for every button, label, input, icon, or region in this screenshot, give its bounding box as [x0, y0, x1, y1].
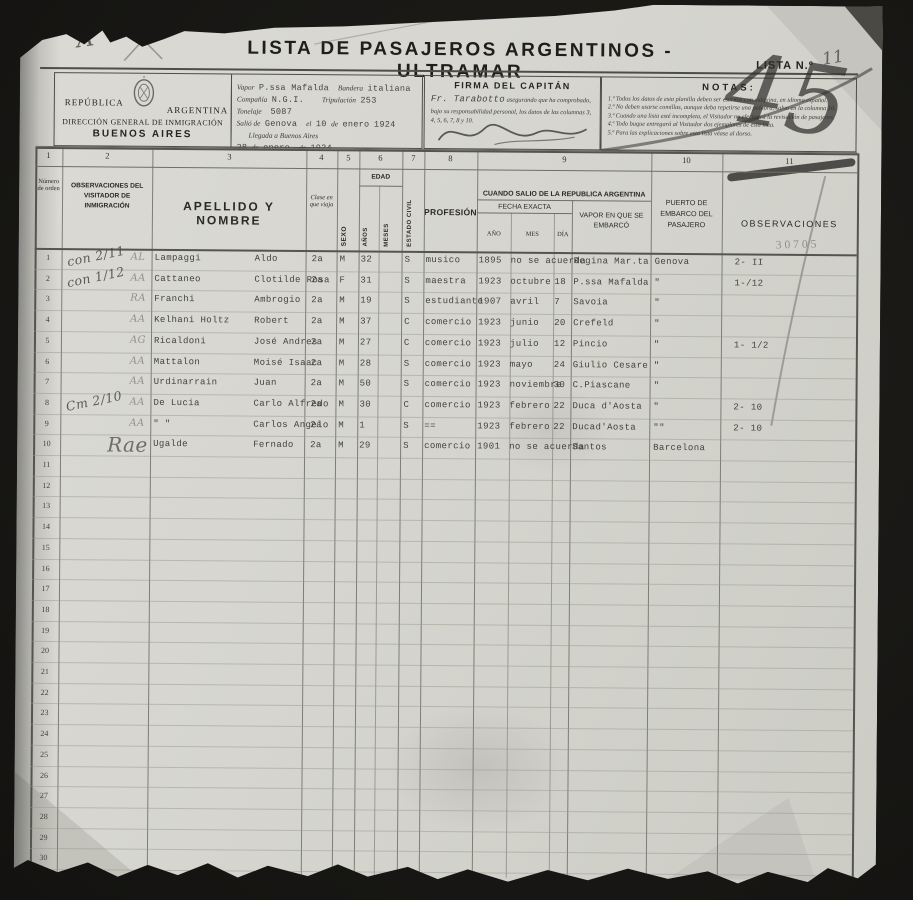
pencil-initials: AA [130, 314, 145, 325]
cell-civil-status: S [403, 441, 409, 451]
cell-sex: M [340, 254, 346, 264]
cell-depart-year: 1895 [479, 255, 502, 265]
cell-class: 2a [310, 420, 322, 430]
cell-class: 2a [311, 378, 323, 388]
row-line [31, 703, 853, 710]
cell-embark-port: "" [653, 422, 665, 432]
cell-given-name: Aldo [255, 254, 278, 264]
cell-depart-vessel: Duca d'Aosta [572, 401, 642, 412]
row-number: 29 [30, 833, 57, 842]
cell-depart-month: mayo [510, 359, 533, 369]
anos-header: AÑOS [363, 197, 369, 247]
cell-depart-day: 22 [553, 401, 565, 411]
cell-surname: Ricaldoni [154, 336, 206, 346]
cell-age-years: 31 [360, 275, 372, 285]
cell-sex: M [339, 316, 345, 326]
dia-header: DÍA [554, 231, 572, 238]
cell-depart-vessel: Crefeld [573, 318, 614, 328]
vapor-header: VAPOR EN QUE SE EMBARCÓ [572, 211, 651, 232]
mes-header: MES [511, 231, 554, 238]
cell-age-years: 50 [360, 379, 372, 389]
row-line [31, 683, 853, 690]
cell-depart-year: 1923 [478, 338, 501, 348]
cell-class: 2a [311, 316, 323, 326]
cell-surname: Ugalde [153, 439, 188, 449]
cell-class: 2a [312, 254, 324, 264]
row-number: 17 [32, 584, 59, 593]
row-number: 30 [30, 853, 57, 862]
column-number: 10 [674, 155, 698, 165]
row-number: 18 [32, 605, 59, 614]
row-number: 27 [30, 791, 57, 800]
cell-depart-year: 1923 [478, 359, 501, 369]
cell-depart-day: 24 [554, 360, 566, 370]
cell-age-years: 27 [360, 337, 372, 347]
edad-header: EDAD [359, 172, 402, 182]
pencil-initials: AL [131, 252, 146, 263]
cell-class: 2a [310, 399, 322, 409]
cell-given-name: Juan [254, 378, 277, 388]
row-number: 7 [34, 377, 61, 386]
table-column-line [506, 213, 512, 878]
cell-age-years: 28 [360, 358, 372, 368]
row-number: 11 [33, 460, 60, 469]
cell-embark-port: " [654, 277, 660, 287]
pencil-initials: AA [130, 355, 145, 366]
row-number: 2 [34, 274, 61, 283]
pencil-initials: AA [130, 272, 145, 283]
col1-header: Número de orden [35, 178, 62, 192]
cell-given-name: Moisé Isaac [254, 357, 318, 368]
cell-observation: 1-/12 [734, 278, 763, 288]
row-number: 24 [31, 729, 58, 738]
cell-depart-year: 1907 [478, 297, 501, 307]
cell-surname: Mattalon [154, 356, 200, 366]
cell-age-years: 32 [361, 254, 373, 264]
serial-stamp: 30705 [776, 238, 820, 251]
row-number: 8 [33, 398, 60, 407]
cell-depart-month: octubre [510, 276, 551, 286]
cell-depart-day: 7 [554, 297, 560, 307]
cell-given-name: Ambrogio [254, 295, 300, 305]
row-line [30, 869, 852, 876]
cell-observation: 2- 10 [733, 402, 762, 412]
column-number: 6 [368, 153, 392, 163]
cell-surname: Urdinarrain [154, 377, 218, 388]
pencil-initials: AA [130, 376, 145, 387]
cell-sex: F [339, 275, 345, 285]
cell-embark-port: Barcelona [653, 443, 705, 453]
cell-given-name: Robert [254, 316, 289, 326]
cell-depart-day: 18 [554, 277, 566, 287]
cell-depart-month: febrero [509, 401, 550, 411]
cell-depart-year: 1923 [478, 380, 501, 390]
cell-depart-day: 22 [553, 422, 565, 432]
cell-depart-vessel: P.ssa Mafalda [573, 277, 648, 288]
column-number: 5 [336, 152, 360, 162]
col2-header: OBSERVACIONES DEL VISITADOR DE INMIGRACI… [64, 181, 150, 211]
row-line [31, 662, 853, 669]
cell-age-years: 1 [359, 420, 365, 430]
cell-depart-year: 1923 [477, 400, 500, 410]
cell-sex: M [339, 379, 345, 389]
row-number: 12 [33, 481, 60, 490]
cell-observation: 1- 1/2 [734, 340, 769, 350]
cell-depart-vessel: Pincio [573, 339, 608, 349]
cell-depart-month: junio [510, 318, 539, 328]
row-line [32, 621, 854, 628]
row-number: 5 [34, 336, 61, 345]
cell-embark-port: " [653, 402, 659, 412]
row-number: 9 [33, 419, 60, 428]
cell-depart-vessel: Ducad'Aosta [572, 422, 636, 433]
passenger-table: Número de orden OBSERVACIONES DEL VISITA… [8, 0, 891, 900]
row-number: 22 [31, 688, 58, 697]
cell-embark-port: " [654, 340, 660, 350]
row-number: 21 [31, 667, 58, 676]
table-rule [35, 166, 857, 173]
table-rule [477, 212, 572, 214]
row-line [30, 848, 852, 855]
cell-profession: musico [426, 255, 461, 265]
pencil-initials: AA [129, 397, 144, 408]
row-line [33, 496, 855, 503]
cell-embark-port: " [654, 298, 660, 308]
row-number: 19 [32, 626, 59, 635]
column-number: 11 [777, 156, 801, 166]
cell-sex: M [339, 296, 345, 306]
cell-civil-status: C [404, 317, 410, 327]
cell-civil-status: S [404, 379, 410, 389]
row-number: 15 [32, 543, 59, 552]
row-line [33, 455, 855, 462]
row-line [31, 745, 853, 752]
cell-sex: M [338, 441, 344, 451]
cell-age-years: 29 [359, 441, 371, 451]
row-line [30, 807, 852, 814]
cell-embark-port: " [654, 319, 660, 329]
row-number: 10 [33, 439, 60, 448]
cell-civil-status: S [403, 420, 409, 430]
table-rule [477, 199, 651, 201]
cell-civil-status: C [403, 400, 409, 410]
row-number: 20 [31, 646, 58, 655]
row-line [31, 765, 853, 772]
cell-class: 2a [311, 358, 323, 368]
row-line [32, 558, 854, 565]
col8-header: PROFESIÓN [424, 206, 477, 219]
row-line [32, 600, 854, 607]
table-column-line [374, 186, 380, 877]
cell-depart-day: 30 [554, 380, 566, 390]
cell-embark-port: " [654, 381, 660, 391]
row-number: 4 [34, 315, 61, 324]
cell-given-name: José Andres [254, 336, 318, 347]
cell-depart-day: 20 [554, 318, 566, 328]
cell-profession: comercio [425, 358, 471, 368]
cell-depart-year: 1923 [478, 318, 501, 328]
cell-given-name: Fernado [253, 440, 294, 450]
col10-header: PUERTO DE EMBARCO DEL PASAJERO [651, 198, 722, 231]
cell-civil-status: S [404, 276, 410, 286]
cell-class: 2a [310, 440, 322, 450]
cell-class: 2a [311, 275, 323, 285]
cell-depart-vessel: Santos [572, 442, 607, 452]
row-number: 14 [32, 522, 59, 531]
row-number: 28 [30, 812, 57, 821]
cell-surname: Lampaggi [155, 253, 201, 263]
row-number: 23 [31, 708, 58, 717]
photo-background: LISTA DE PASAJEROS ARGENTINOS - ULTRAMAR… [0, 0, 913, 900]
cell-depart-vessel: Regina Mar.ta [574, 256, 649, 267]
row-number: 1 [35, 253, 62, 262]
cell-civil-status: S [404, 358, 410, 368]
col11-header: OBSERVACIONES [722, 217, 857, 232]
column-number: 8 [438, 153, 462, 163]
cell-civil-status: C [404, 338, 410, 348]
cell-depart-day: 12 [554, 339, 566, 349]
document-paper: LISTA DE PASAJEROS ARGENTINOS - ULTRAMAR… [8, 0, 891, 900]
row-line [30, 828, 852, 835]
cell-class: 2a [311, 337, 323, 347]
cell-surname: Franchi [154, 294, 195, 304]
pencil-observation: Cm 2/10 [65, 388, 124, 414]
cell-profession: comercio [424, 441, 470, 451]
cell-depart-year: 1923 [477, 421, 500, 431]
cell-age-years: 30 [359, 399, 371, 409]
col3-header: APELLIDO Y NOMBRE [152, 199, 306, 228]
cell-observation: 2- 10 [733, 423, 762, 433]
cell-surname: Cattaneo [154, 274, 200, 284]
cell-profession: estudiante [425, 296, 483, 306]
cell-civil-status: S [404, 296, 410, 306]
col4-header: Clase en que viaja [306, 194, 337, 208]
row-number: 25 [31, 750, 58, 759]
cell-sex: M [338, 420, 344, 430]
cell-sex: M [338, 399, 344, 409]
table-column-line [549, 213, 555, 878]
cell-depart-vessel: Giulio Cesare [573, 360, 648, 371]
row-number: 16 [32, 563, 59, 572]
row-number: 13 [33, 501, 60, 510]
col5-header: SEXO [341, 198, 348, 246]
table-rule [359, 185, 402, 186]
cell-profession: comercio [425, 379, 471, 389]
row-number: 26 [31, 770, 58, 779]
column-number: 9 [552, 154, 576, 164]
row-line [30, 786, 852, 793]
cell-profession: == [424, 421, 436, 431]
cell-embark-port: " [654, 360, 660, 370]
row-line [32, 538, 854, 545]
pencil-initials: Rae [107, 433, 148, 457]
cell-profession: comercio [425, 317, 471, 327]
pencil-initials: RA [130, 293, 146, 304]
table-column-line [567, 200, 573, 878]
cell-depart-vessel: C.Piascane [573, 380, 631, 390]
cell-age-years: 37 [360, 317, 372, 327]
ano-header: AÑO [477, 230, 511, 237]
table-column-line [852, 153, 860, 880]
cell-profession: comercio [425, 338, 471, 348]
row-number: 6 [34, 356, 61, 365]
cell-age-years: 19 [360, 296, 372, 306]
cell-class: 2a [311, 295, 323, 305]
row-line [31, 724, 853, 731]
cell-surname: " " [153, 418, 170, 428]
cell-sex: M [339, 358, 345, 368]
column-number: 4 [309, 152, 333, 162]
cell-depart-month: julio [510, 338, 539, 348]
cell-sex: M [339, 337, 345, 347]
cell-surname: Kelhani Holtz [154, 315, 229, 326]
cell-depart-vessel: Savoia [573, 298, 608, 308]
meses-header: MESES [384, 197, 390, 247]
row-line [32, 579, 854, 586]
row-line [33, 476, 855, 483]
pencil-initials: AA [129, 417, 144, 428]
cell-profession: comercio [424, 400, 470, 410]
column-number: 7 [401, 153, 425, 163]
row-line [33, 517, 855, 524]
cell-depart-month: avril [510, 297, 539, 307]
cell-depart-month: febrero [509, 421, 550, 431]
column-number: 3 [217, 151, 241, 161]
cell-depart-year: 1923 [478, 276, 501, 286]
column-number: 2 [95, 150, 119, 160]
cell-depart-year: 1901 [477, 442, 500, 452]
cell-civil-status: S [405, 255, 411, 265]
pencil-initials: AG [130, 334, 146, 345]
cell-embark-port: Genova [655, 257, 690, 267]
cell-surname: De Lucia [153, 398, 199, 408]
column-number: 1 [36, 150, 60, 160]
cell-observation: 2- II [735, 257, 764, 267]
row-line [32, 641, 854, 648]
col7-header: ESTADO CIVIL [407, 189, 413, 247]
cell-profession: maestra [425, 276, 466, 286]
row-number: 3 [34, 294, 61, 303]
